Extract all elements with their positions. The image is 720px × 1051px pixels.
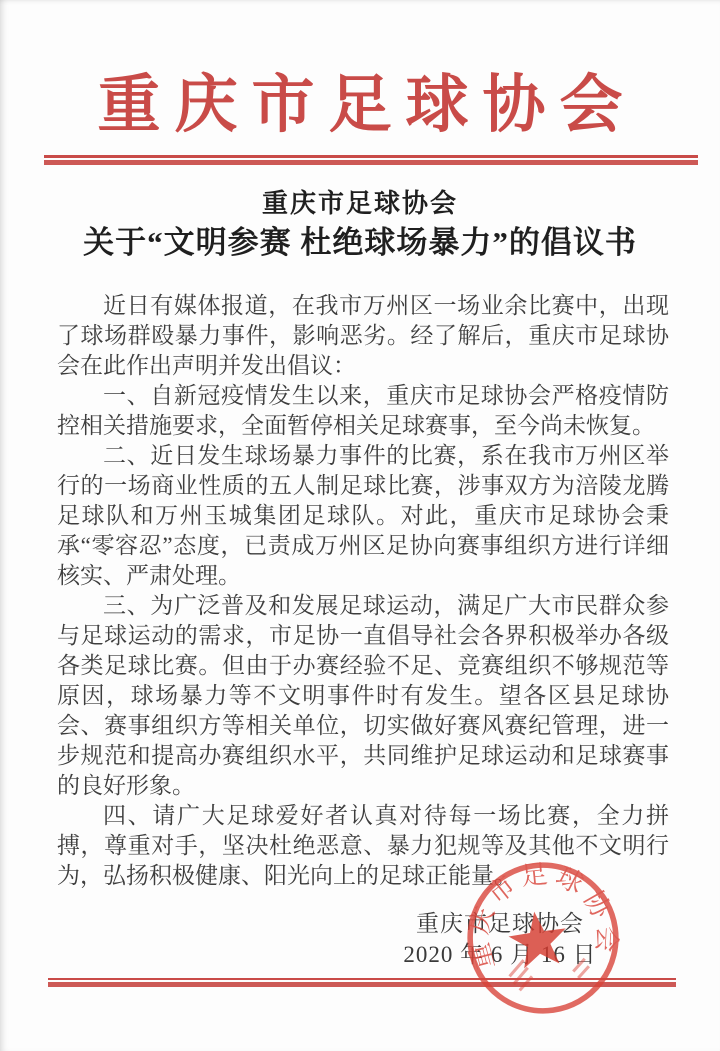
letterhead-org-name: 重庆市足球协会 [0, 68, 720, 142]
body-paragraph: 二、近日发生球场暴力事件的比赛，系在我市万州区举行的一场商业性质的五人制足球比赛… [57, 441, 669, 591]
body-paragraph: 一、自新冠疫情发生以来，重庆市足球协会严格疫情防控相关措施要求，全面暂停相关足球… [57, 381, 669, 441]
official-document-page: 重庆市足球协会 重庆市足球协会 关于“文明参赛 杜绝球场暴力”的倡议书 近日有媒… [0, 0, 720, 1051]
body-paragraph: 四、请广大足球爱好者认真对待每一场比赛，全力拼搏，尊重对手，坚决杜绝恶意、暴力犯… [57, 801, 669, 891]
document-title-subject: 关于“文明参赛 杜绝球场暴力”的倡议书 [0, 217, 720, 262]
document-body: 近日有媒体报道，在我市万州区一场业余比赛中，出现了球场群殴暴力事件，影响恶劣。经… [57, 291, 669, 891]
footer-divider-rule [48, 978, 676, 987]
body-paragraph: 三、为广泛普及和发展足球运动，满足广大市民群众参与足球运动的需求，市足协一直倡导… [57, 591, 669, 801]
signature-date: 2020 年 6 月 16 日 [388, 939, 612, 970]
signature-block: 重庆市足球协会 2020 年 6 月 16 日 [388, 908, 612, 970]
letterhead-divider-rule [44, 155, 698, 165]
divider-thick-line [48, 982, 676, 987]
document-title-org: 重庆市足球协会 [0, 183, 720, 220]
body-paragraph: 近日有媒体报道，在我市万州区一场业余比赛中，出现了球场群殴暴力事件，影响恶劣。经… [57, 291, 669, 381]
divider-thick-line [44, 160, 698, 165]
signature-org-name: 重庆市足球协会 [388, 908, 612, 939]
